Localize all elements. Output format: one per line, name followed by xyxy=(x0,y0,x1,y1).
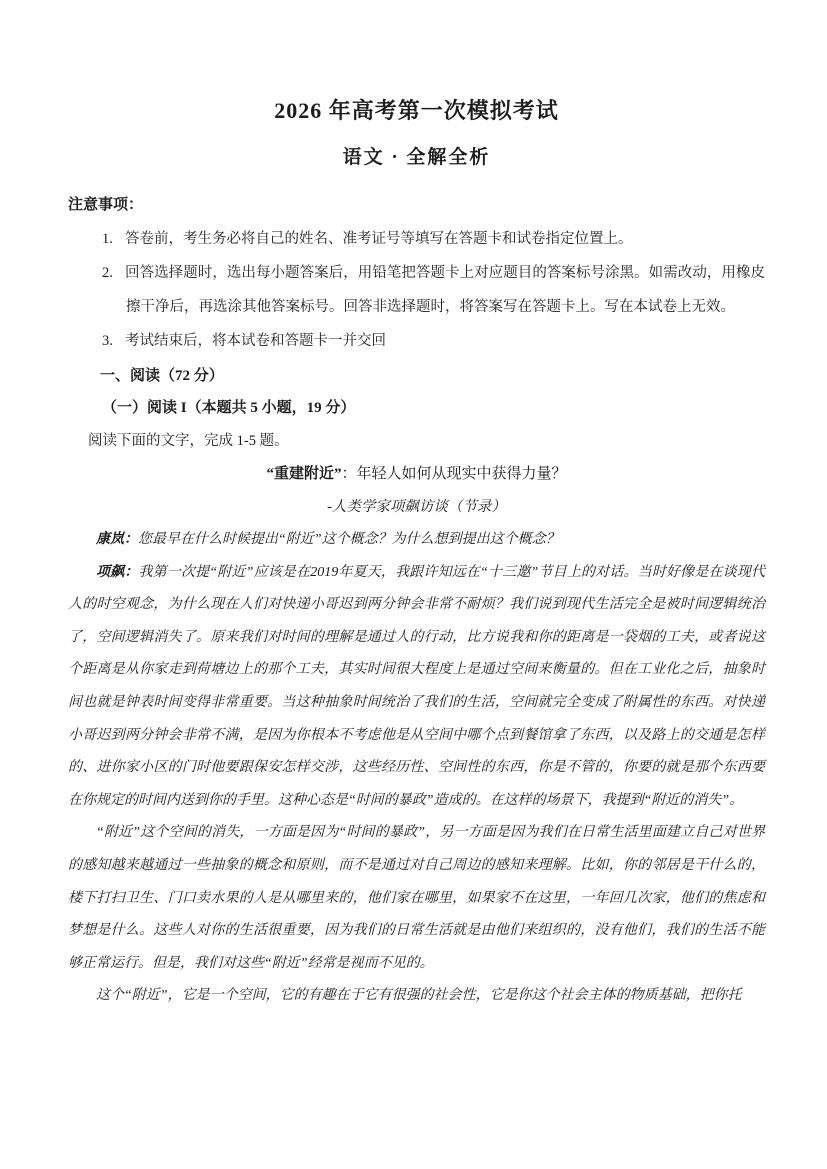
passage-paragraph-4: 这个“附近”，它是一个空间，它的有趣在于它有很强的社会性，它是你这个社会主体的物… xyxy=(68,980,765,1013)
exam-paper-page: 2026 年高考第一次模拟考试 语文 · 全解全析 注意事项： 1.答卷前，考生… xyxy=(0,0,827,1169)
passage-title-rest: ：年轻人如何从现实中获得力量？ xyxy=(342,466,567,482)
reading-instruction: 阅读下面的文字，完成 1-5 题。 xyxy=(88,425,765,458)
paragraph-text: 您最早在什么时候提出“附近”这个概念？为什么想到提出这个概念？ xyxy=(138,532,560,547)
passage-paragraph-2: 项飙：我第一次提“附近”应该是在2019年夏天，我跟许知远在“十三邀”节目上的对… xyxy=(68,557,765,818)
passage-byline: -人类学家项飙访谈（节录） xyxy=(68,491,765,524)
passage-paragraph-3: “附近”这个空间的消失，一方面是因为“时间的暴政”，另一方面是因为我们在日常生活… xyxy=(68,817,765,980)
paragraph-text: “附近”这个空间的消失，一方面是因为“时间的暴政”，另一方面是因为我们在日常生活… xyxy=(68,825,765,970)
exam-title: 2026 年高考第一次模拟考试 xyxy=(68,96,765,126)
note-number: 1. xyxy=(102,222,118,256)
note-number: 3. xyxy=(102,324,118,358)
speaker-name: 康岚： xyxy=(96,532,138,547)
passage-title: “重建附近”：年轻人如何从现实中获得力量？ xyxy=(68,458,765,491)
subsection-heading-reading-1: （一）阅读 I（本题共 5 小题，19 分） xyxy=(102,392,765,425)
exam-subtitle: 语文 · 全解全析 xyxy=(68,145,765,171)
note-item-3: 3.考试结束后，将本试卷和答题卡一并交回 xyxy=(102,324,765,358)
passage-paragraph-1: 康岚：您最早在什么时候提出“附近”这个概念？为什么想到提出这个概念？ xyxy=(68,524,765,557)
note-text: 答卷前，考生务必将自己的姓名、准考证号等填写在答题卡和试卷指定位置上。 xyxy=(125,231,633,247)
paragraph-text: 我第一次提“附近”应该是在2019年夏天，我跟许知远在“十三邀”节目上的对话。当… xyxy=(68,565,765,808)
note-text: 回答选择题时，选出每小题答案后，用铅笔把答题卡上对应题目的答案标号涂黑。如需改动… xyxy=(125,265,765,315)
note-item-2: 2.回答选择题时，选出每小题答案后，用铅笔把答题卡上对应题目的答案标号涂黑。如需… xyxy=(102,256,765,324)
notes-list: 1.答卷前，考生务必将自己的姓名、准考证号等填写在答题卡和试卷指定位置上。 2.… xyxy=(102,222,765,358)
section-heading-reading: 一、阅读（72 分） xyxy=(100,360,765,392)
notes-heading: 注意事项： xyxy=(68,194,765,216)
note-number: 2. xyxy=(102,256,118,290)
note-item-1: 1.答卷前，考生务必将自己的姓名、准考证号等填写在答题卡和试卷指定位置上。 xyxy=(102,222,765,256)
speaker-name: 项飙： xyxy=(96,565,139,580)
note-text: 考试结束后，将本试卷和答题卡一并交回 xyxy=(125,333,386,349)
passage-body: 康岚：您最早在什么时候提出“附近”这个概念？为什么想到提出这个概念？ 项飙：我第… xyxy=(68,524,765,1013)
paragraph-text: 这个“附近”，它是一个空间，它的有趣在于它有很强的社会性，它是你这个社会主体的物… xyxy=(96,988,742,1003)
passage-title-bold: “重建附近” xyxy=(266,466,341,482)
